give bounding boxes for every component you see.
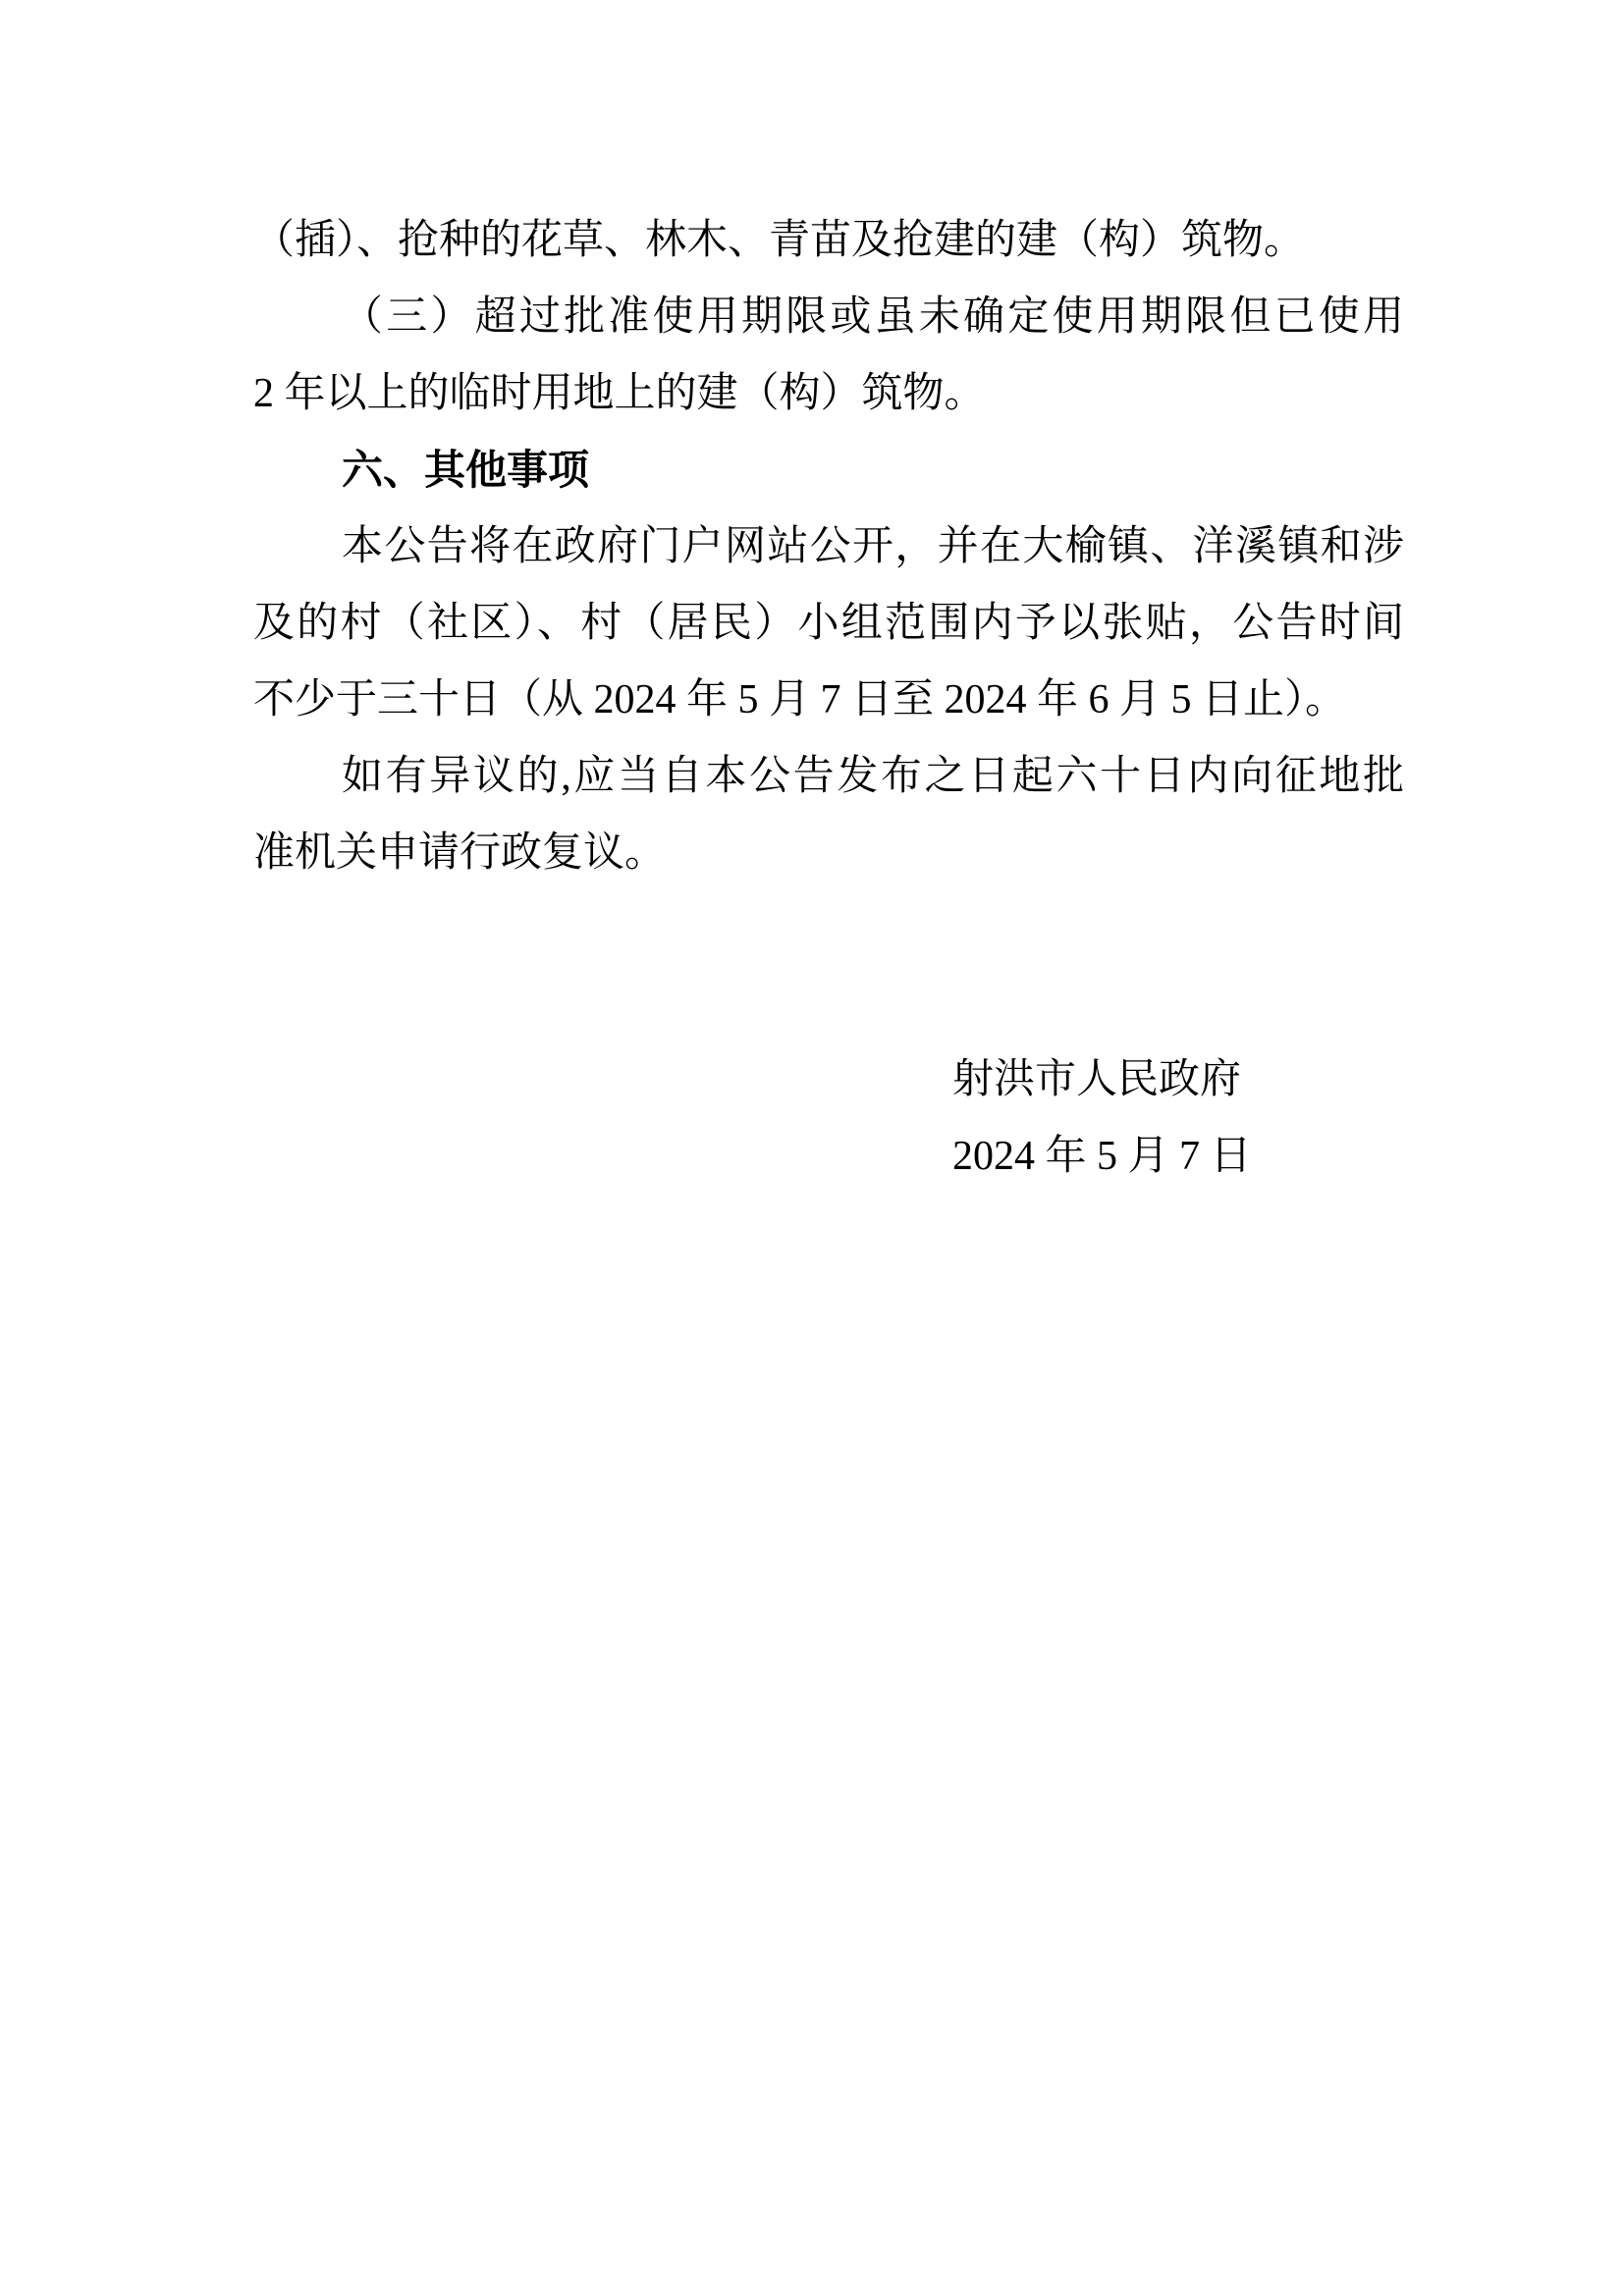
body-line-2: （三）超过批准使用期限或虽未确定使用期限但已使用 <box>253 279 1404 355</box>
document-page: （插）、抢种的花草、林木、青苗及抢建的建（构）筑物。 （三）超过批准使用期限或虽… <box>0 0 1624 2296</box>
body-line-7: 不少于三十日（从 2024 年 5 月 7 日至 2024 年 6 月 5 日止… <box>253 662 1404 738</box>
body-line-8: 如有异议的,应当自本公告发布之日起六十日内向征地批 <box>253 738 1404 815</box>
signature-date: 2024 年 5 月 7 日 <box>952 1118 1252 1195</box>
signature-block: 射洪市人民政府 2024 年 5 月 7 日 <box>952 1041 1252 1195</box>
body-line-3: 2 年以上的临时用地上的建（构）筑物。 <box>253 355 1404 432</box>
signature-issuer: 射洪市人民政府 <box>952 1041 1252 1118</box>
document-body: （插）、抢种的花草、林木、青苗及抢建的建（构）筑物。 （三）超过批准使用期限或虽… <box>253 202 1404 891</box>
section-heading: 六、其他事项 <box>253 432 1404 508</box>
body-line-1: （插）、抢种的花草、林木、青苗及抢建的建（构）筑物。 <box>253 202 1404 279</box>
body-line-5: 本公告将在政府门户网站公开，并在大榆镇、洋溪镇和涉 <box>253 508 1404 585</box>
body-line-6: 及的村（社区）、村（居民）小组范围内予以张贴，公告时间 <box>253 585 1404 662</box>
body-line-9: 准机关申请行政复议。 <box>253 815 1404 891</box>
